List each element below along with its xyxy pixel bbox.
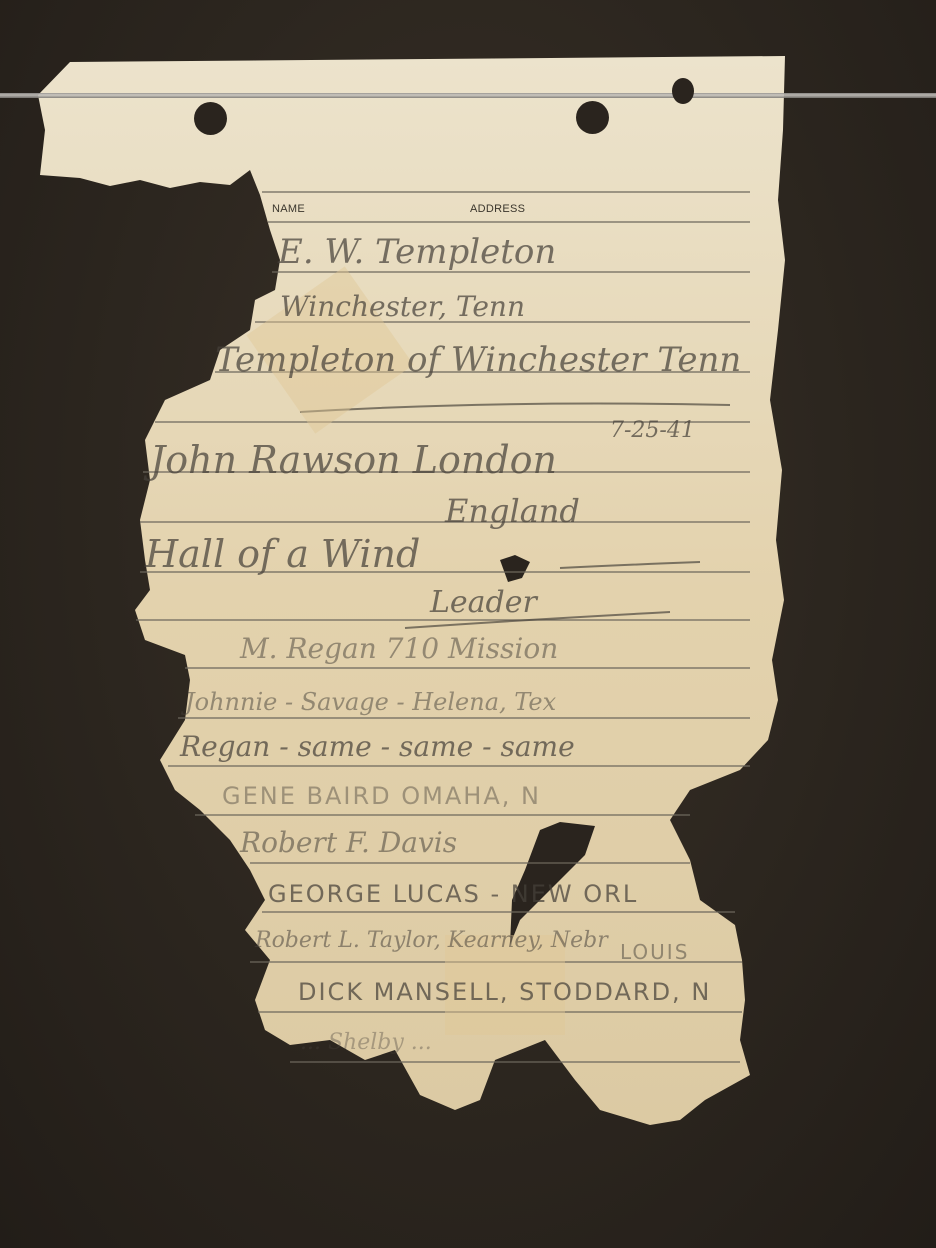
entry-line: Robert L. Taylor, Kearney, Nebr xyxy=(255,928,608,953)
entry-line: M. Regan 710 Mission xyxy=(240,632,558,665)
binder-hole-top xyxy=(672,78,694,104)
name-column-label: NAME xyxy=(272,203,305,215)
entry-line: GENE BAIRD OMAHA, N xyxy=(222,782,541,810)
entry-line: Winchester, Tenn xyxy=(280,290,525,323)
address-column-label: ADDRESS xyxy=(470,203,525,215)
entry-line: Regan - same - same - same xyxy=(180,730,575,763)
entry-line: LOUIS xyxy=(620,940,689,964)
binder-hole-left xyxy=(194,102,227,135)
entry-line: Leader xyxy=(430,585,537,620)
entry-line: Johnnie - Savage - Helena, Tex xyxy=(185,688,556,716)
entry-line: E. W. Templeton xyxy=(278,232,556,272)
entry-line: Hall of a Wind xyxy=(145,532,420,576)
entry-line: Templeton of Winchester Tenn xyxy=(215,340,741,380)
entry-line: Robert F. Davis xyxy=(240,826,457,859)
entry-line: John Rawson London xyxy=(150,438,557,482)
entry-line: ... Shelby ... xyxy=(300,1030,432,1055)
entry-line: GEORGE LUCAS - NEW ORL xyxy=(268,880,638,908)
entry-line: England xyxy=(445,492,580,530)
entry-line: 7-25-41 xyxy=(610,418,695,443)
hanging-wire xyxy=(0,93,936,98)
entry-line: DICK MANSELL, STODDARD, N xyxy=(298,978,711,1006)
binder-hole-right xyxy=(576,101,609,134)
torn-paper-page xyxy=(0,0,936,1248)
